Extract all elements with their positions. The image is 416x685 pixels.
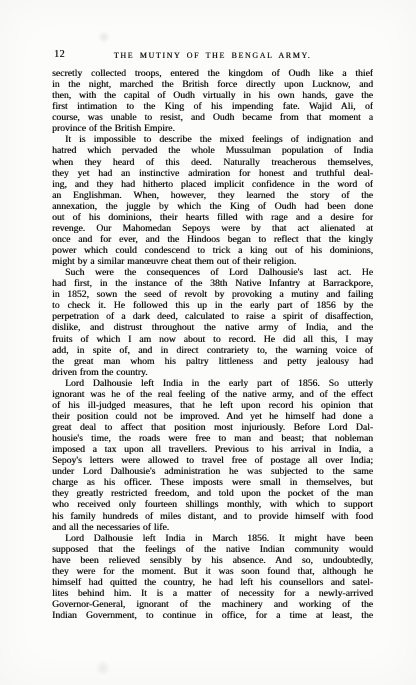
running-head: 12 THE MUTINY OF THE BENGAL ARMY. <box>52 49 373 61</box>
text-line: who received only fourteen shillings mon… <box>52 499 373 510</box>
text-line: charge as his officer. These imposts wer… <box>52 477 373 488</box>
paragraph: Such were the consequences of Lord Dalho… <box>52 267 373 378</box>
text-line: Such were the consequences of Lord Dalho… <box>52 267 373 278</box>
text-line: and all the necessaries of life. <box>52 522 373 533</box>
text-line: imposed a tax upon all travellers. Previ… <box>52 444 373 455</box>
paragraph: Lord Dalhousie left India in the early p… <box>52 378 373 533</box>
text-line: course, was unable to resist, and Oudh b… <box>52 112 373 123</box>
text-line: annexation, the juggle by which the King… <box>52 201 373 212</box>
text-line: great deal to affect that position most … <box>52 422 373 433</box>
text-line: revenge. Our Mahomedan Sepoys were by th… <box>52 223 373 234</box>
text-line: add, in spite of, and in direct contrari… <box>52 345 373 356</box>
text-line: power which could condescend to trick a … <box>52 245 373 256</box>
text-line: have been relieved sensibly by his absen… <box>52 555 373 566</box>
text-line: to check it. He followed this up in the … <box>52 300 373 311</box>
text-line: their position could not be improved. An… <box>52 411 373 422</box>
text-line: an Englishman. When, however, they learn… <box>52 190 373 201</box>
text-line: himself had quitted the country, he had … <box>52 577 373 588</box>
text-line: Lord Dalhousie left India in the early p… <box>52 378 373 389</box>
text-line: lites behind him. It is a matter of nece… <box>52 588 373 599</box>
text-line: It is impossible to describe the mixed f… <box>52 134 373 145</box>
text-line: they yet had an instinctive admiration f… <box>52 168 373 179</box>
text-line: province of the British Empire. <box>52 123 373 134</box>
text-line: the great man whom his paltry littleness… <box>52 356 373 367</box>
text-line: ing, and they had hitherto placed implic… <box>52 179 373 190</box>
text-line: once and for ever, and the Hindoos began… <box>52 234 373 245</box>
text-line: might by a similar manœuvre cheat them o… <box>52 256 373 267</box>
text-line: Lord Dalhousie left India in March 1856.… <box>52 533 373 544</box>
page-body: secretly collected troops, entered the k… <box>52 68 373 621</box>
text-line: when they heard of this deed. Naturally … <box>52 157 373 168</box>
text-line: supposed that the feelings of the native… <box>52 544 373 555</box>
text-line: Sepoy's letters were allowed to travel f… <box>52 455 373 466</box>
text-line: housie's time, the roads were free to ma… <box>52 433 373 444</box>
text-line: of his ill-judged measures, that he left… <box>52 400 373 411</box>
text-line: they greatly restricted freedom, and tol… <box>52 488 373 499</box>
text-line: under Lord Dalhousie's administration he… <box>52 466 373 477</box>
text-line: in the night, marched the British force … <box>52 79 373 90</box>
text-line: fruits of which I am now about to record… <box>52 334 373 345</box>
text-line: dislike, and distrust throughout the nat… <box>52 322 373 333</box>
text-line: had first, in the instance of the 38th N… <box>52 278 373 289</box>
paragraph: secretly collected troops, entered the k… <box>52 68 373 134</box>
text-line: driven from the country. <box>52 367 373 378</box>
text-line: ignorant was he of the real feeling of t… <box>52 389 373 400</box>
text-line: first intimation to the King of his impe… <box>52 101 373 112</box>
text-line: Governor-General, ignorant of the machin… <box>52 599 373 610</box>
text-line: his family hundreds of miles distant, an… <box>52 511 373 522</box>
paragraph: Lord Dalhousie left India in March 1856.… <box>52 533 373 622</box>
text-line: Indian Government, to continue in office… <box>52 610 373 621</box>
page-number: 12 <box>54 49 65 60</box>
running-title: THE MUTINY OF THE BENGAL ARMY. <box>52 49 373 60</box>
text-line: out of his dominions, their hearts fille… <box>52 212 373 223</box>
text-line: secretly collected troops, entered the k… <box>52 68 373 79</box>
text-line: hatred which pervaded the whole Mussulma… <box>52 145 373 156</box>
book-page-scan: 12 THE MUTINY OF THE BENGAL ARMY. secret… <box>0 0 416 685</box>
text-line: in 1852, sown the seed of revolt by prov… <box>52 289 373 300</box>
text-line: then, with the capital of Oudh virtually… <box>52 90 373 101</box>
paragraph: It is impossible to describe the mixed f… <box>52 134 373 267</box>
text-line: they were for the moment. But it was soo… <box>52 566 373 577</box>
text-line: perpetration of a dark deed, calculated … <box>52 311 373 322</box>
